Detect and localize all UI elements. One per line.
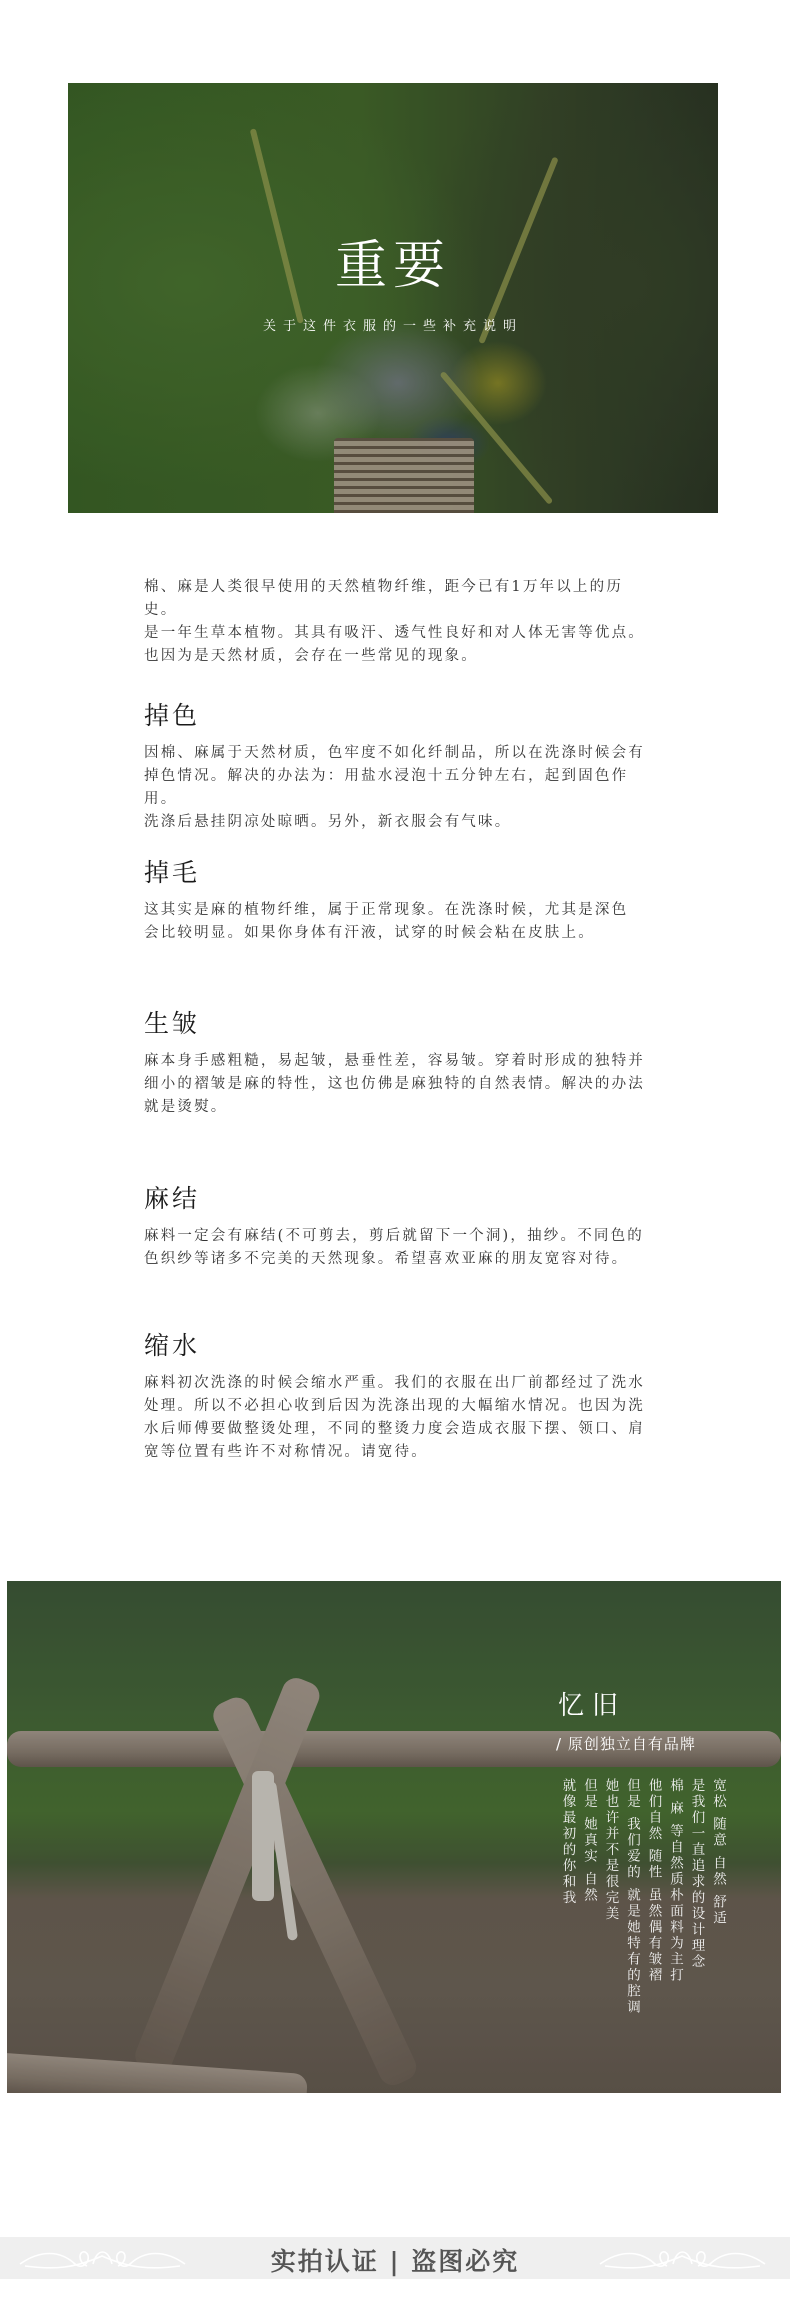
brand-name: 忆旧 bbox=[558, 1685, 626, 1722]
section-line: 麻料一定会有麻结(不可剪去，剪后就留下一个洞)，抽纱。不同色的 bbox=[144, 1225, 654, 1248]
poem-column: 是我们一直追求的设计理念 bbox=[685, 1778, 707, 2016]
section-line: 洗涤后悬挂阴凉处晾晒。另外，新衣服会有气味。 bbox=[144, 811, 654, 834]
section-title: 缩水 bbox=[144, 1326, 654, 1362]
section-line: 麻本身手感粗糙，易起皱，悬垂性差，容易皱。穿着时形成的独特并 bbox=[144, 1050, 654, 1073]
intro-line: 是一年生草本植物。其具有吸汗、透气性良好和对人体无害等优点。 bbox=[144, 622, 654, 645]
section-title: 掉毛 bbox=[144, 853, 654, 889]
section-title: 掉色 bbox=[144, 696, 654, 732]
brand-poem: 宽松 随意 自然 舒适 是我们一直追求的设计理念 棉 麻 等自然质朴面料为主打 … bbox=[556, 1778, 728, 2016]
flourish-ornament-icon bbox=[595, 2242, 770, 2274]
section-wrinkles: 生皱 麻本身手感粗糙，易起皱，悬垂性差，容易皱。穿着时形成的独特并 细小的褶皱是… bbox=[144, 1004, 654, 1119]
hero-title: 重要 bbox=[68, 223, 718, 298]
section-line: 色织纱等诸多不完美的天然现象。希望喜欢亚麻的朋友宽容对待。 bbox=[144, 1248, 654, 1271]
section-line: 细小的褶皱是麻的特性，这也仿佛是麻独特的自然表情。解决的办法 bbox=[144, 1073, 654, 1096]
section-fading: 掉色 因棉、麻属于天然材质，色牢度不如化纤制品，所以在洗涤时候会有 掉色情况。解… bbox=[144, 696, 654, 834]
poem-column: 他们自然 随性 虽然偶有皱褶 bbox=[642, 1778, 664, 2016]
poem-column: 她也许并不是很完美 bbox=[599, 1778, 621, 2016]
section-title: 麻结 bbox=[144, 1179, 654, 1215]
poem-column: 但是 我们爱的 就是她特有的腔调 bbox=[621, 1778, 643, 2016]
section-title: 生皱 bbox=[144, 1004, 654, 1040]
hero-subtitle: 关于这件衣服的一些补充说明 bbox=[68, 315, 718, 334]
poem-column: 宽松 随意 自然 舒适 bbox=[707, 1778, 729, 2016]
brand-tagline: / 原创独立自有品牌 bbox=[556, 1733, 696, 1754]
poem-column: 棉 麻 等自然质朴面料为主打 bbox=[664, 1778, 686, 2016]
intro-paragraph: 棉、麻是人类很早使用的天然植物纤维，距今已有1万年以上的历史。 是一年生草本植物… bbox=[144, 576, 654, 668]
section-line: 水后师傅要做整烫处理，不同的整烫力度会造成衣服下摆、领口、肩 bbox=[144, 1418, 654, 1441]
section-line: 处理。所以不必担心收到后因为洗涤出现的大幅缩水情况。也因为洗 bbox=[144, 1395, 654, 1418]
section-line: 会比较明显。如果你身体有汗液，试穿的时候会粘在皮肤上。 bbox=[144, 922, 654, 945]
section-slubs: 麻结 麻料一定会有麻结(不可剪去，剪后就留下一个洞)，抽纱。不同色的 色织纱等诸… bbox=[144, 1179, 654, 1271]
intro-line: 也因为是天然材质，会存在一些常见的现象。 bbox=[144, 645, 654, 668]
authenticity-footer: 实拍认证 | 盗图必究 bbox=[0, 2237, 790, 2279]
section-line: 因棉、麻属于天然材质，色牢度不如化纤制品，所以在洗涤时候会有 bbox=[144, 742, 654, 765]
section-line: 这其实是麻的植物纤维，属于正常现象。在洗涤时候，尤其是深色 bbox=[144, 899, 654, 922]
section-line: 掉色情况。解决的办法为：用盐水浸泡十五分钟左右，起到固色作用。 bbox=[144, 765, 654, 811]
poem-column: 就像最初的你和我 bbox=[556, 1778, 578, 2016]
brand-banner: 忆旧 / 原创独立自有品牌 宽松 随意 自然 舒适 是我们一直追求的设计理念 棉… bbox=[7, 1581, 781, 2093]
intro-line: 棉、麻是人类很早使用的天然植物纤维，距今已有1万年以上的历史。 bbox=[144, 576, 654, 622]
section-line: 就是烫熨。 bbox=[144, 1096, 654, 1119]
poem-column: 但是 她真实 自然 bbox=[578, 1778, 600, 2016]
section-shrinkage: 缩水 麻料初次洗涤的时候会缩水严重。我们的衣服在出厂前都经过了洗水 处理。所以不… bbox=[144, 1326, 654, 1464]
section-line: 宽等位置有些许不对称情况。请宽待。 bbox=[144, 1441, 654, 1464]
section-line: 麻料初次洗涤的时候会缩水严重。我们的衣服在出厂前都经过了洗水 bbox=[144, 1372, 654, 1395]
hero-banner: 重要 关于这件衣服的一些补充说明 bbox=[68, 83, 718, 513]
section-shedding: 掉毛 这其实是麻的植物纤维，属于正常现象。在洗涤时候，尤其是深色 会比较明显。如… bbox=[144, 853, 654, 945]
